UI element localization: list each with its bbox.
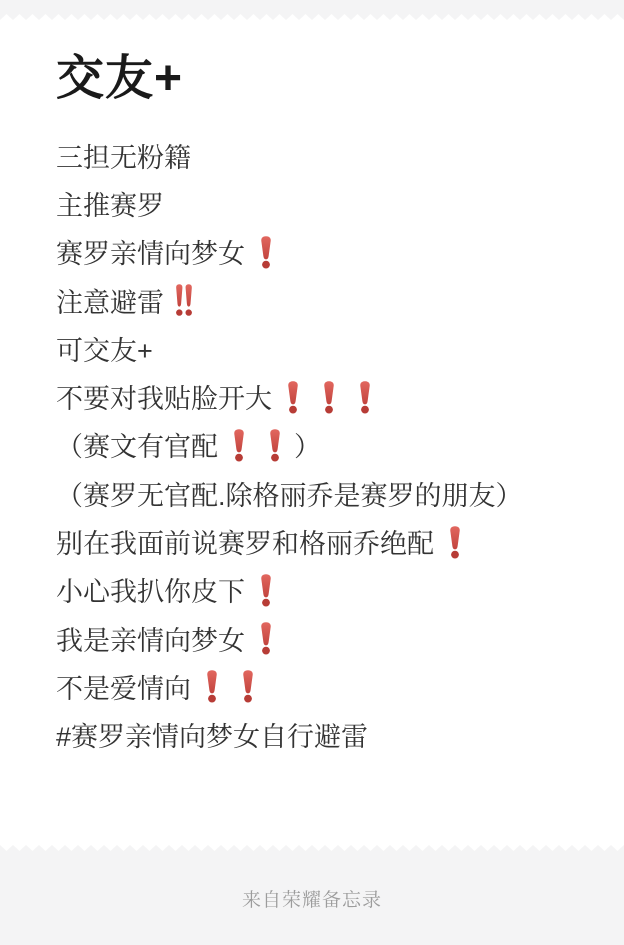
note-line-text: （赛罗无官配.除格丽乔是赛罗的朋友）	[56, 474, 523, 513]
note-line-text: 不要对我贴脸开大	[56, 377, 272, 416]
note-line: （赛罗无官配.除格丽乔是赛罗的朋友）	[56, 469, 588, 517]
footer: 来自荣耀备忘录	[0, 851, 624, 945]
note-line-text: 小心我扒你皮下	[56, 570, 245, 609]
exclamation-mark-icon	[282, 380, 304, 414]
exclamation-mark-icon	[255, 621, 277, 655]
double-exclamation-mark-icon	[174, 283, 194, 317]
note-line-text: #赛罗亲情向梦女自行避雷	[56, 715, 368, 754]
note-line: 三担无粉籍	[56, 131, 588, 179]
note-content: 交友+ 三担无粉籍主推赛罗赛罗亲情向梦女注意避雷可交友+不要对我贴脸开大（赛文有…	[0, 20, 624, 845]
exclamation-mark-icon	[444, 525, 466, 559]
exclamation-mark-icon	[228, 428, 250, 462]
note-line-text: （赛文有官配	[56, 425, 218, 464]
note-line: 不要对我贴脸开大	[56, 372, 588, 420]
note-line: 注意避雷	[56, 276, 588, 324]
exclamation-mark-icon	[255, 573, 277, 607]
note-line-suffix: ）	[294, 425, 321, 464]
note-line-text: 不是爱情向	[56, 667, 191, 706]
note-line-text: 赛罗亲情向梦女	[56, 232, 245, 271]
note-line: 主推赛罗	[56, 179, 588, 227]
page-background-top	[0, 0, 624, 14]
note-line: 小心我扒你皮下	[56, 566, 588, 614]
note-line: 不是爱情向	[56, 662, 588, 710]
note-title: 交友+	[56, 50, 588, 108]
note-line-text: 我是亲情向梦女	[56, 619, 245, 658]
memo-share-card: 交友+ 三担无粉籍主推赛罗赛罗亲情向梦女注意避雷可交友+不要对我贴脸开大（赛文有…	[0, 0, 624, 945]
note-lines: 三担无粉籍主推赛罗赛罗亲情向梦女注意避雷可交友+不要对我贴脸开大（赛文有官配）（…	[56, 131, 588, 759]
note-line-text: 别在我面前说赛罗和格丽乔绝配	[56, 522, 434, 561]
note-line: 我是亲情向梦女	[56, 614, 588, 662]
note-line: 别在我面前说赛罗和格丽乔绝配	[56, 517, 588, 565]
note-line: #赛罗亲情向梦女自行避雷	[56, 711, 588, 759]
note-line-text: 注意避雷	[56, 281, 164, 320]
exclamation-mark-icon	[354, 380, 376, 414]
note-line: （赛文有官配）	[56, 421, 588, 469]
note-line-text: 可交友+	[56, 329, 153, 368]
exclamation-mark-icon	[318, 380, 340, 414]
exclamation-mark-icon	[255, 235, 277, 269]
note-line-text: 三担无粉籍	[56, 136, 191, 175]
exclamation-mark-icon	[264, 428, 286, 462]
exclamation-mark-icon	[201, 669, 223, 703]
note-line: 赛罗亲情向梦女	[56, 228, 588, 276]
exclamation-mark-icon	[237, 669, 259, 703]
note-line-text: 主推赛罗	[56, 184, 164, 223]
footer-attribution: 来自荣耀备忘录	[242, 885, 382, 912]
note-line: 可交友+	[56, 324, 588, 372]
